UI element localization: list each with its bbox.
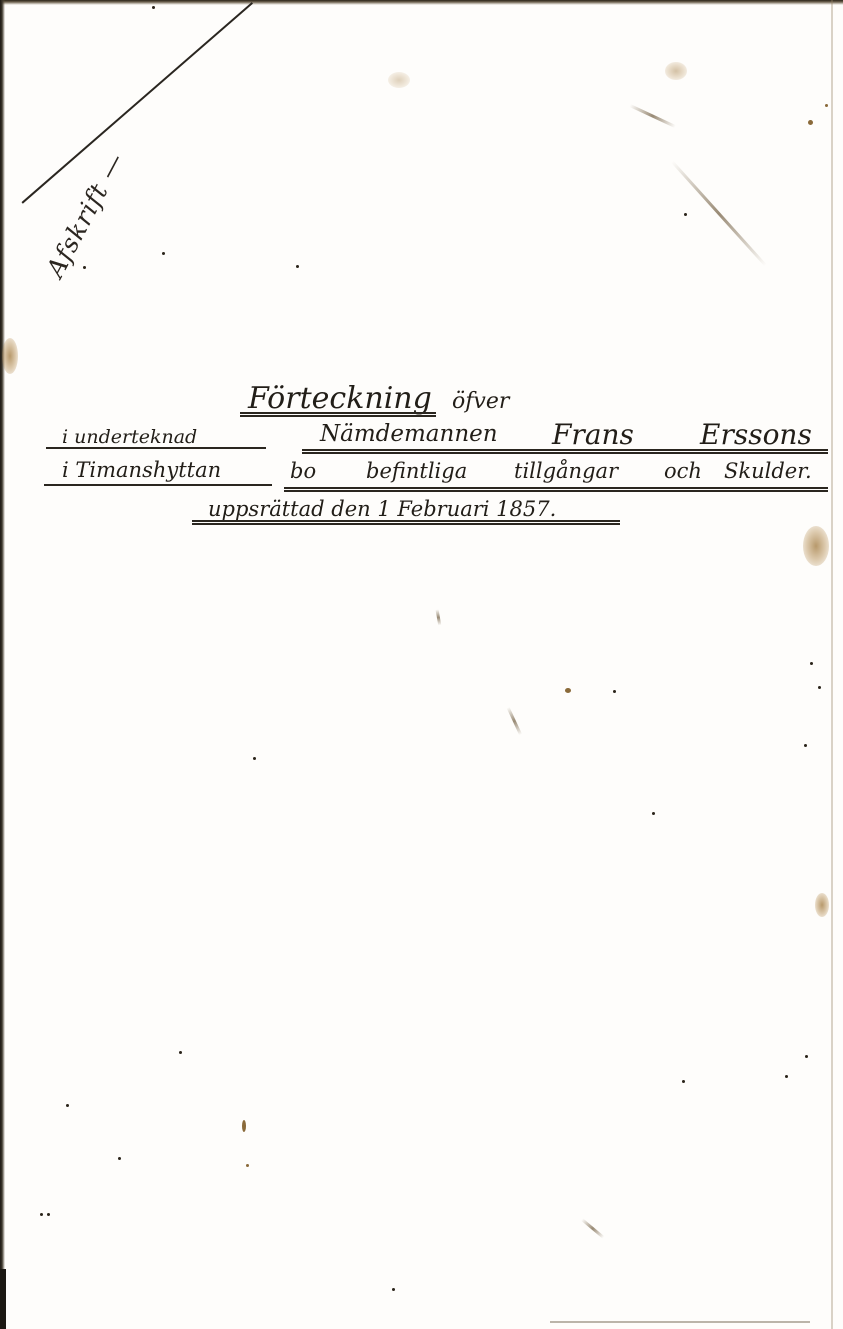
line4-underline — [192, 520, 620, 522]
streak-top-right-1 — [629, 104, 676, 128]
afskrift-label: Afskrift — — [40, 147, 130, 282]
line2-name-last: Erssons — [700, 421, 812, 449]
title-suffix: öfver — [452, 391, 509, 413]
corner-diagonal-line — [22, 2, 253, 203]
line3-word-befintliga: befintliga — [366, 461, 467, 482]
stain-right-edge-upper — [803, 526, 829, 566]
line2-right-underline — [302, 449, 828, 451]
title-word: Förteckning — [248, 384, 432, 414]
speck — [565, 688, 571, 693]
speck — [682, 1080, 685, 1083]
speck — [684, 213, 687, 216]
line3-word-bo: bo — [290, 461, 316, 482]
speck — [83, 266, 86, 269]
speck — [242, 1120, 246, 1132]
line2-left: i underteknad — [62, 428, 197, 447]
scan-edge-bottom-left — [0, 1269, 6, 1329]
line2-name-first: Frans — [552, 421, 634, 449]
stain-left-edge — [2, 338, 18, 374]
scan-edge-bottom-line — [550, 1321, 810, 1323]
speck — [808, 120, 813, 125]
speck — [810, 662, 813, 665]
line3-word-tillgangar: tillgångar — [514, 461, 618, 482]
speck — [825, 104, 828, 107]
speck — [785, 1075, 788, 1078]
scan-edge-top — [0, 0, 843, 5]
speck — [162, 252, 165, 255]
stain-right-edge-lower — [815, 893, 829, 917]
line3-word-och: och — [664, 461, 702, 482]
title-underline — [240, 412, 436, 414]
line2-title-word: Nämdemannen — [320, 423, 498, 446]
speck — [47, 1213, 50, 1216]
speck — [296, 265, 299, 268]
speck — [804, 744, 807, 747]
speck — [818, 686, 821, 689]
stain-top-center-spot — [388, 72, 410, 88]
stain-top-right-spot — [665, 62, 687, 80]
speck — [152, 6, 155, 9]
speck — [118, 1157, 121, 1160]
speck — [179, 1051, 182, 1054]
speck — [66, 1104, 69, 1107]
speck — [392, 1288, 395, 1291]
line2-left-underline — [46, 447, 266, 449]
line3-word-skulder: Skulder. — [724, 461, 812, 482]
line3-left-underline — [44, 484, 272, 486]
document-page: Afskrift — Förteckning öfver i undertekn… — [0, 0, 843, 1329]
line3-right-underline — [284, 487, 828, 489]
streak-mid-2 — [436, 609, 442, 625]
line3-left: i Timanshyttan — [62, 460, 221, 481]
speck — [652, 812, 655, 815]
scan-edge-left — [0, 0, 5, 1329]
speck — [805, 1055, 808, 1058]
speck — [246, 1164, 249, 1167]
line4-date-line: uppsrättad den 1 Februari 1857. — [208, 499, 556, 520]
speck — [613, 690, 616, 693]
speck — [253, 757, 256, 760]
streak-bottom-right — [581, 1218, 604, 1238]
speck — [40, 1213, 43, 1216]
scan-edge-right — [831, 0, 833, 1329]
streak-mid — [507, 707, 522, 735]
